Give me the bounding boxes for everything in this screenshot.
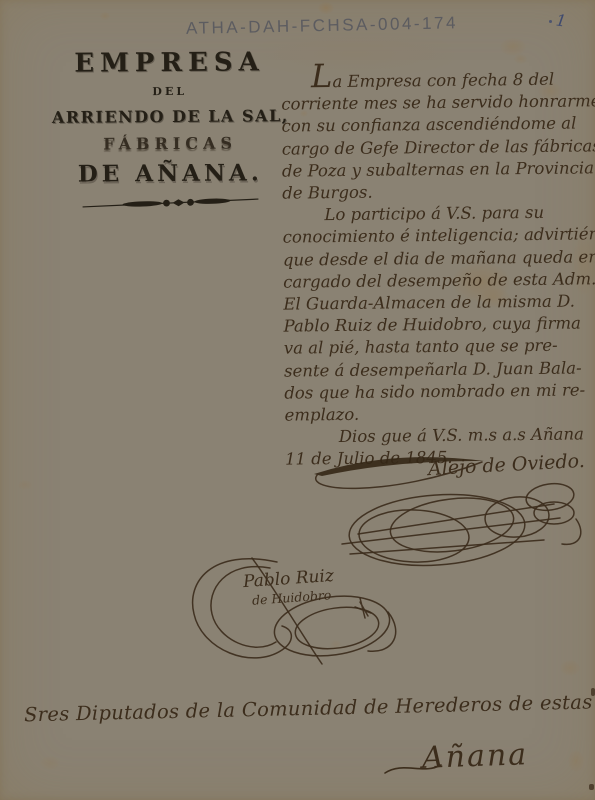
stain <box>500 38 526 56</box>
letter-line: Lo participo á V.S. para su <box>282 202 586 227</box>
letter-line: conocimiento é inteligencia; advirtiéndo… <box>283 224 587 249</box>
letter-line: con su confianza ascendiéndome al <box>281 113 585 138</box>
stain <box>568 750 584 772</box>
letter-line: de Burgos. <box>282 179 586 204</box>
ornamental-divider <box>80 192 260 214</box>
stain <box>560 660 580 676</box>
document-page: ATHA-DAH-FCHSA-004-174 1 EMPRESA DEL ARR… <box>0 0 595 800</box>
letter-line: cargado del desempeño de esta Adm.ón <box>283 268 587 293</box>
letter-line: va al pié, hasta tanto que se pre- <box>284 335 588 360</box>
address-place: Añana <box>421 737 528 776</box>
archive-reference-code: ATHA-DAH-FCHSA-004-174 <box>186 13 466 39</box>
letter-line: corriente mes se ha servido honrarme <box>281 91 585 116</box>
letter-line: El Guarda-Almacen de la misma D. <box>283 290 587 315</box>
letter-dateline: Dios gue á V.S. m.s a.s Añana <box>285 424 589 449</box>
edge-ink-mark <box>589 784 594 790</box>
letter-line: La Empresa con fecha 8 del <box>281 62 585 93</box>
stain <box>100 12 110 20</box>
letterhead-arriendo: ARRIENDO DE LA SAL, <box>52 106 288 127</box>
address-line: Sres Diputados de la Comunidad de Herede… <box>24 691 584 727</box>
letter-line: sente á desempeñarla D. Juan Bala- <box>284 357 588 382</box>
stain <box>40 756 60 770</box>
letter-line: de Poza y subalternas en la Provincia <box>282 157 586 182</box>
page-number: 1 <box>555 10 568 30</box>
letterhead-anana: DE AÑANA. <box>52 159 288 188</box>
letter-line: que desde el dia de mañana queda en- <box>283 246 587 271</box>
stain <box>18 480 32 490</box>
letter-line: Pablo Ruiz de Huidobro, cuya firma <box>284 313 588 338</box>
letter-line: dos que ha sido nombrado en mi re- <box>284 379 588 404</box>
letterhead-fabricas: FÁBRICAS <box>52 133 288 154</box>
letter-body: La Empresa con fecha 8 del corriente mes… <box>281 62 589 471</box>
stain <box>318 2 334 14</box>
ink-dot <box>549 20 552 23</box>
letterhead-del: DEL <box>52 84 288 99</box>
letterhead-company: EMPRESA <box>51 47 287 79</box>
letter-line: emplazo. <box>284 401 588 426</box>
letter-line: cargo de Gefe Director de las fábricas <box>282 135 586 160</box>
letterhead: EMPRESA DEL ARRIENDO DE LA SAL, FÁBRICAS… <box>51 47 288 212</box>
